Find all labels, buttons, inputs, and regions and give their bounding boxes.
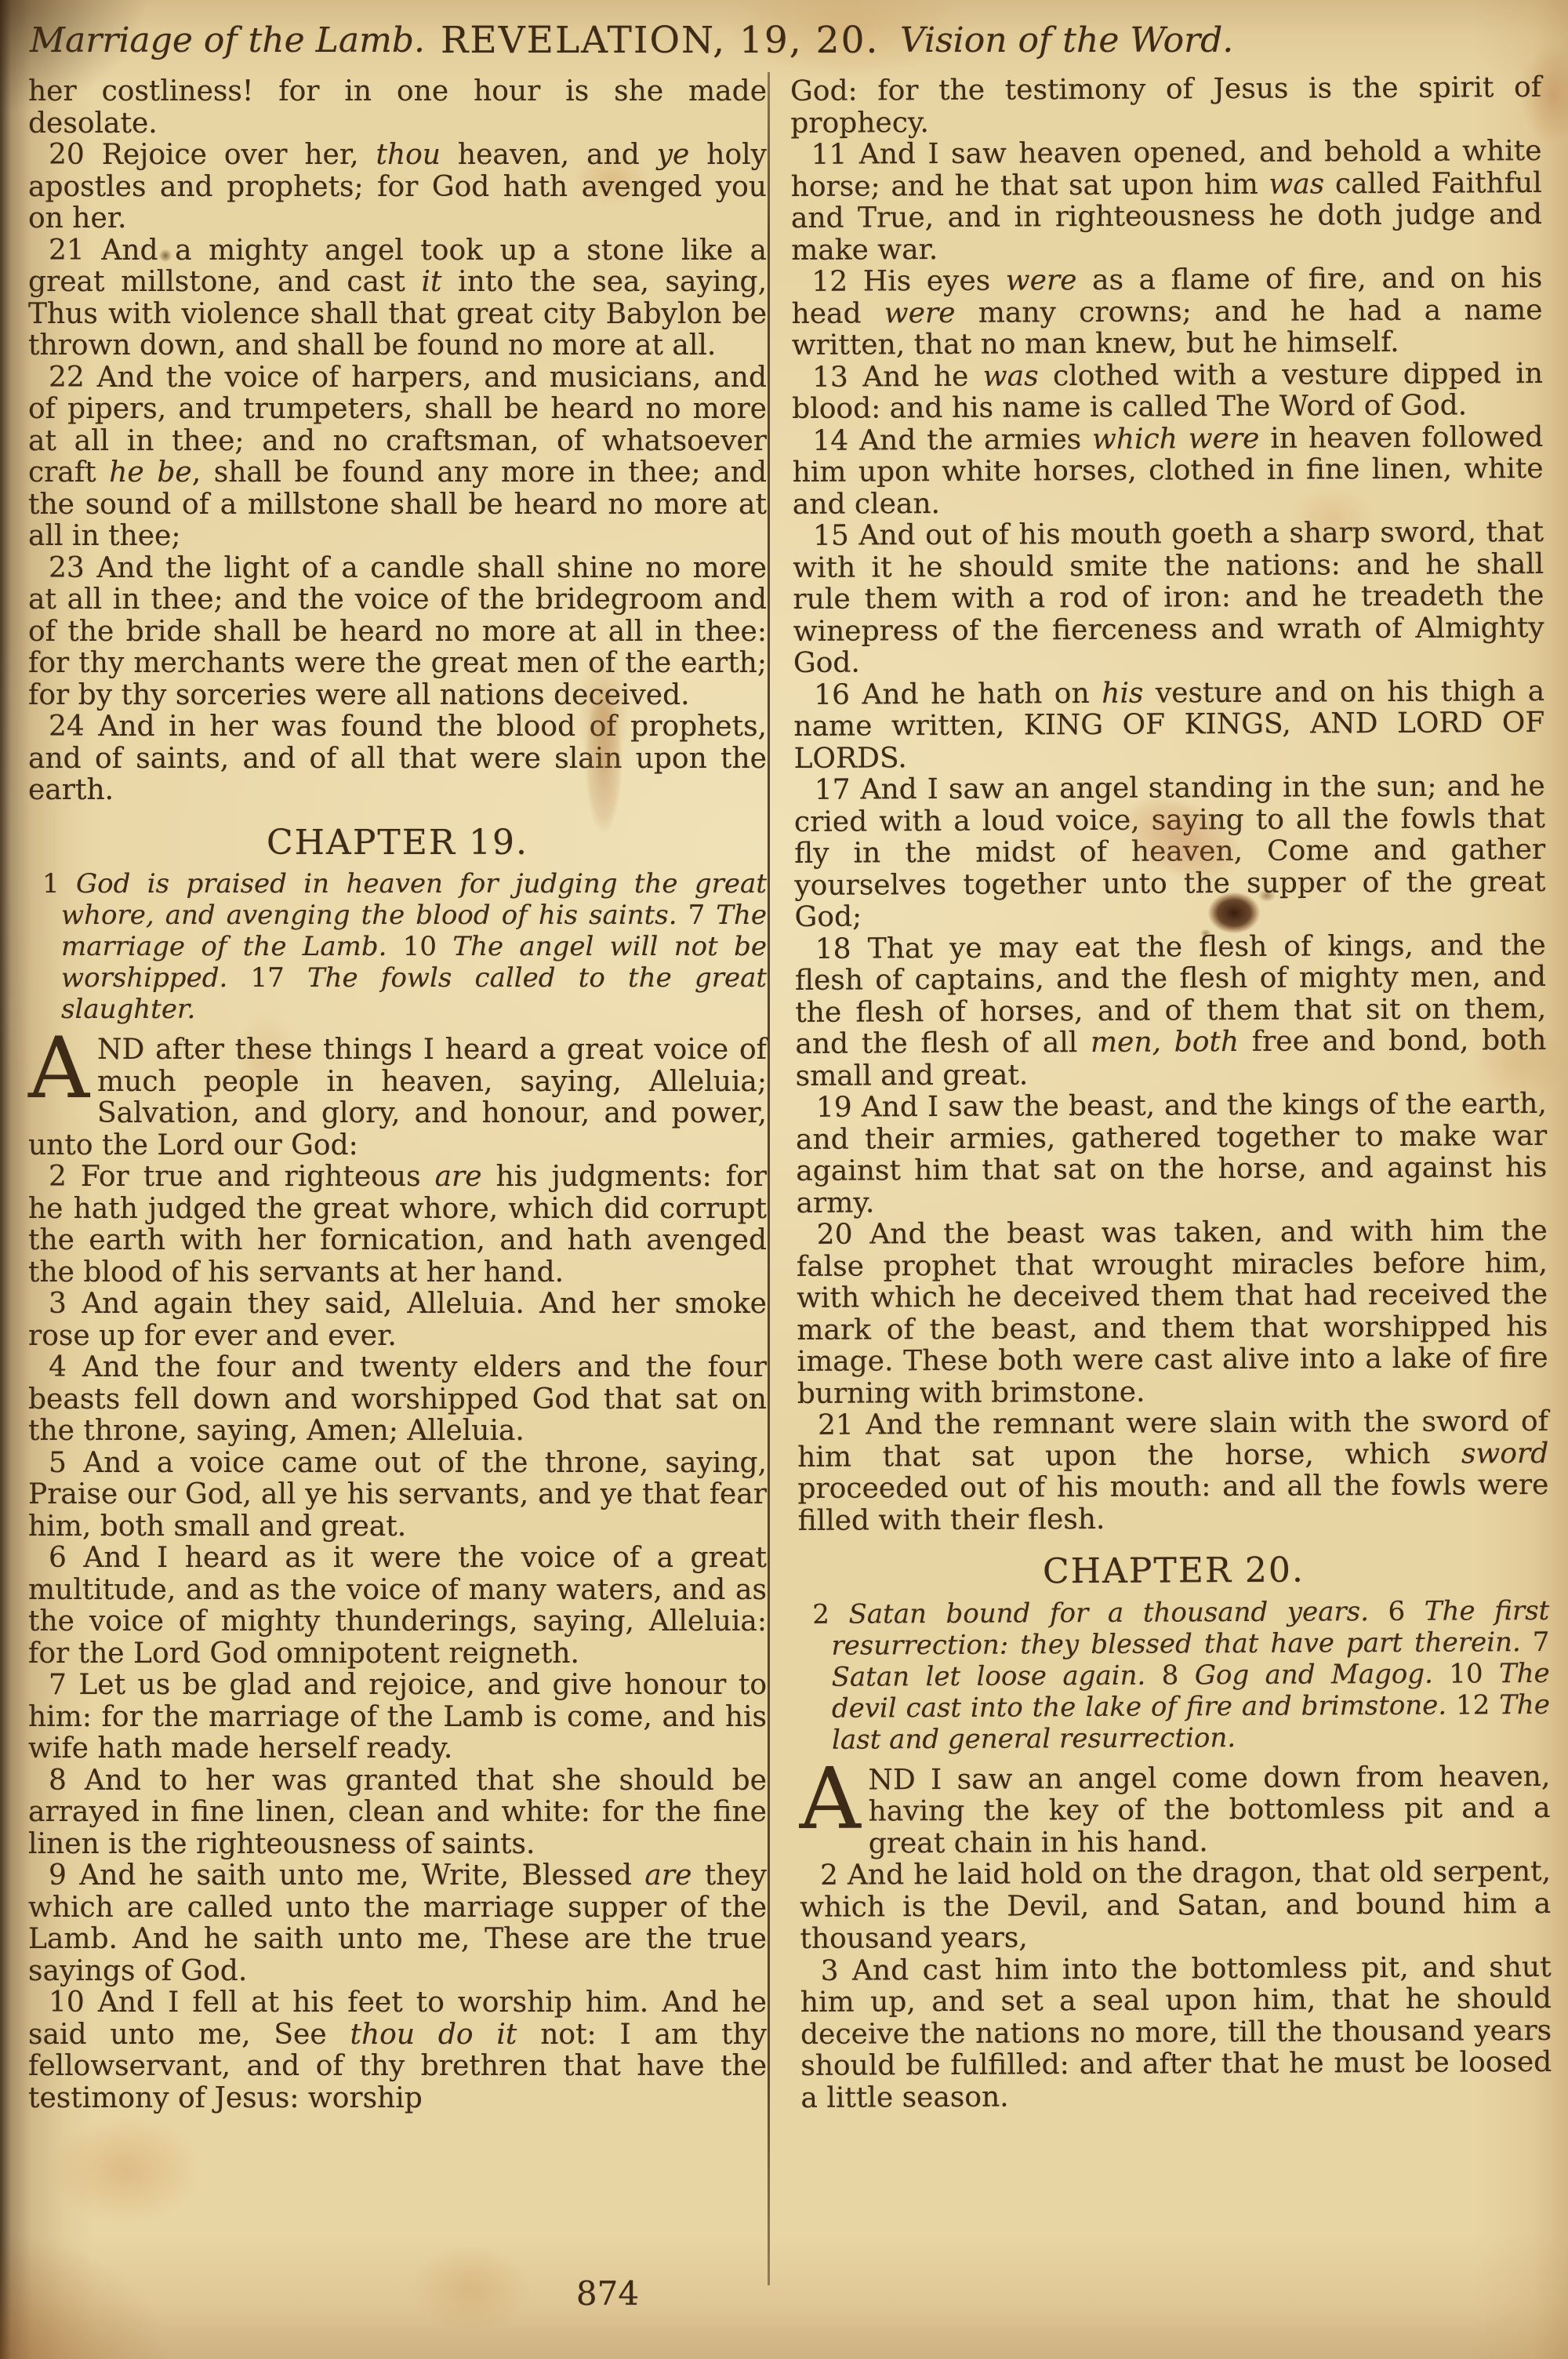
verse-number: 20	[817, 1218, 870, 1250]
verse-number: 2	[49, 1161, 81, 1193]
verse-number: 14	[812, 424, 859, 456]
verse-10: 10 And I fell at his feet to worship him…	[28, 1987, 767, 2114]
verse-number: 3	[821, 1954, 853, 1986]
verse-number: 8	[49, 1765, 85, 1797]
running-head-center: REVELATION, 19, 20.	[441, 19, 879, 62]
verse-2: 2 For true and righteous are his judgmen…	[28, 1161, 767, 1289]
verse-16: 16 And he hath on his vesture and on his…	[793, 675, 1545, 775]
verse-6: 6 And I heard as it were the voice of a …	[28, 1543, 767, 1670]
verse-4: 4 And the four and twenty elders and the…	[28, 1352, 767, 1448]
verse-number: 23	[49, 552, 96, 584]
verse-8: 8 And to her was granted that she should…	[28, 1765, 767, 1861]
verse-number: 20	[49, 139, 102, 171]
verse-number: 18	[815, 932, 868, 965]
running-head-left: Marriage of the Lamb.	[30, 20, 425, 60]
drop-cap-letter: A	[28, 1038, 89, 1100]
verse-23: 23 And the light of a candle shall shine…	[28, 553, 767, 712]
verse-5: 5 And a voice came out of the throne, sa…	[28, 1448, 767, 1543]
running-head-right: Vision of the Word.	[900, 20, 1233, 60]
verse-22: 22 And the voice of harpers, and musicia…	[28, 362, 767, 553]
verse-number: 15	[813, 520, 859, 552]
verse-dropcap: AND I saw an angel come down from heaven…	[799, 1761, 1551, 1860]
verse-number: 2	[820, 1859, 848, 1892]
verse-15: 15 And out of his mouth goeth a sharp sw…	[793, 517, 1544, 680]
verse-number: 21	[818, 1409, 866, 1441]
bible-page: Marriage of the Lamb. REVELATION, 19, 20…	[0, 0, 1568, 2359]
chapter-summary: 2 Satan bound for a thousand years. 6 Th…	[798, 1594, 1550, 1755]
verse-12: 12 His eyes were as a flame of fire, and…	[791, 263, 1543, 362]
verse-number: 9	[49, 1859, 79, 1892]
verse-dropcap: AND after these things I heard a great v…	[28, 1034, 767, 1161]
verse-9: 9 And he saith unto me, Write, Blessed a…	[28, 1860, 767, 1987]
verse-21: 21 And the remnant were slain with the s…	[797, 1406, 1549, 1537]
chapter-heading: CHAPTER 20.	[798, 1554, 1549, 1590]
verse-13: 13 And he was clothed with a vesture dip…	[792, 358, 1543, 425]
verse-number: 17	[815, 774, 861, 806]
verse-20: 20 And the beast was taken, and with him…	[797, 1216, 1548, 1410]
verse-18: 18 That ye may eat the flesh of kings, a…	[795, 929, 1547, 1092]
verse-11: 11 And I saw heaven opened, and behold a…	[790, 136, 1542, 267]
drop-cap-letter: A	[799, 1768, 860, 1830]
verse-24: 24 And in her was found the blood of pro…	[28, 711, 767, 807]
verse-number: 22	[49, 362, 97, 394]
verse-21: 21 And a mighty angel took up a stone li…	[28, 235, 767, 362]
verse-number: 4	[49, 1351, 82, 1383]
verse-number: 12	[811, 266, 863, 298]
verse-number: 5	[49, 1447, 83, 1479]
verse-7: 7 Let us be glad and rejoice, and give h…	[28, 1670, 767, 1765]
column-divider	[768, 72, 770, 2285]
verse-number: 16	[814, 678, 862, 711]
chapter-summary: 1 God is praised in heaven for judging t…	[28, 868, 767, 1025]
verse-number: 3	[49, 1288, 82, 1320]
chapter-heading: CHAPTER 19.	[28, 827, 767, 860]
verse-number: 13	[812, 361, 862, 393]
verse-3: 3 And cast him into the bottomless pit, …	[800, 1951, 1552, 2114]
verse-number: 6	[49, 1542, 83, 1574]
verse-continuation: her costliness! for in one hour is she m…	[28, 76, 767, 140]
verse-19: 19 And I saw the beast, and the kings of…	[796, 1089, 1548, 1219]
verse-number: 24	[49, 711, 98, 743]
left-column: her costliness! for in one hour is she m…	[28, 76, 767, 2288]
verse-17: 17 And I saw an angel standing in the su…	[794, 771, 1546, 934]
verse-20: 20 Rejoice over her, thou heaven, and ye…	[28, 140, 767, 235]
verse-number: 21	[49, 234, 101, 267]
verse-3: 3 And again they said, Alleluia. And her…	[28, 1289, 767, 1352]
verse-number: 10	[49, 1986, 98, 2019]
verse-2: 2 And he laid hold on the dragon, that o…	[800, 1856, 1552, 1956]
right-column: God: for the testimony of Jesus is the s…	[790, 72, 1553, 2319]
verse-continuation: God: for the testimony of Jesus is the s…	[790, 72, 1541, 140]
verse-number: 11	[811, 139, 858, 171]
page-number: 874	[541, 2274, 674, 2313]
verse-number: 7	[49, 1669, 78, 1701]
verse-number: 19	[816, 1092, 862, 1124]
verse-14: 14 And the armies which were in heaven f…	[792, 421, 1544, 521]
